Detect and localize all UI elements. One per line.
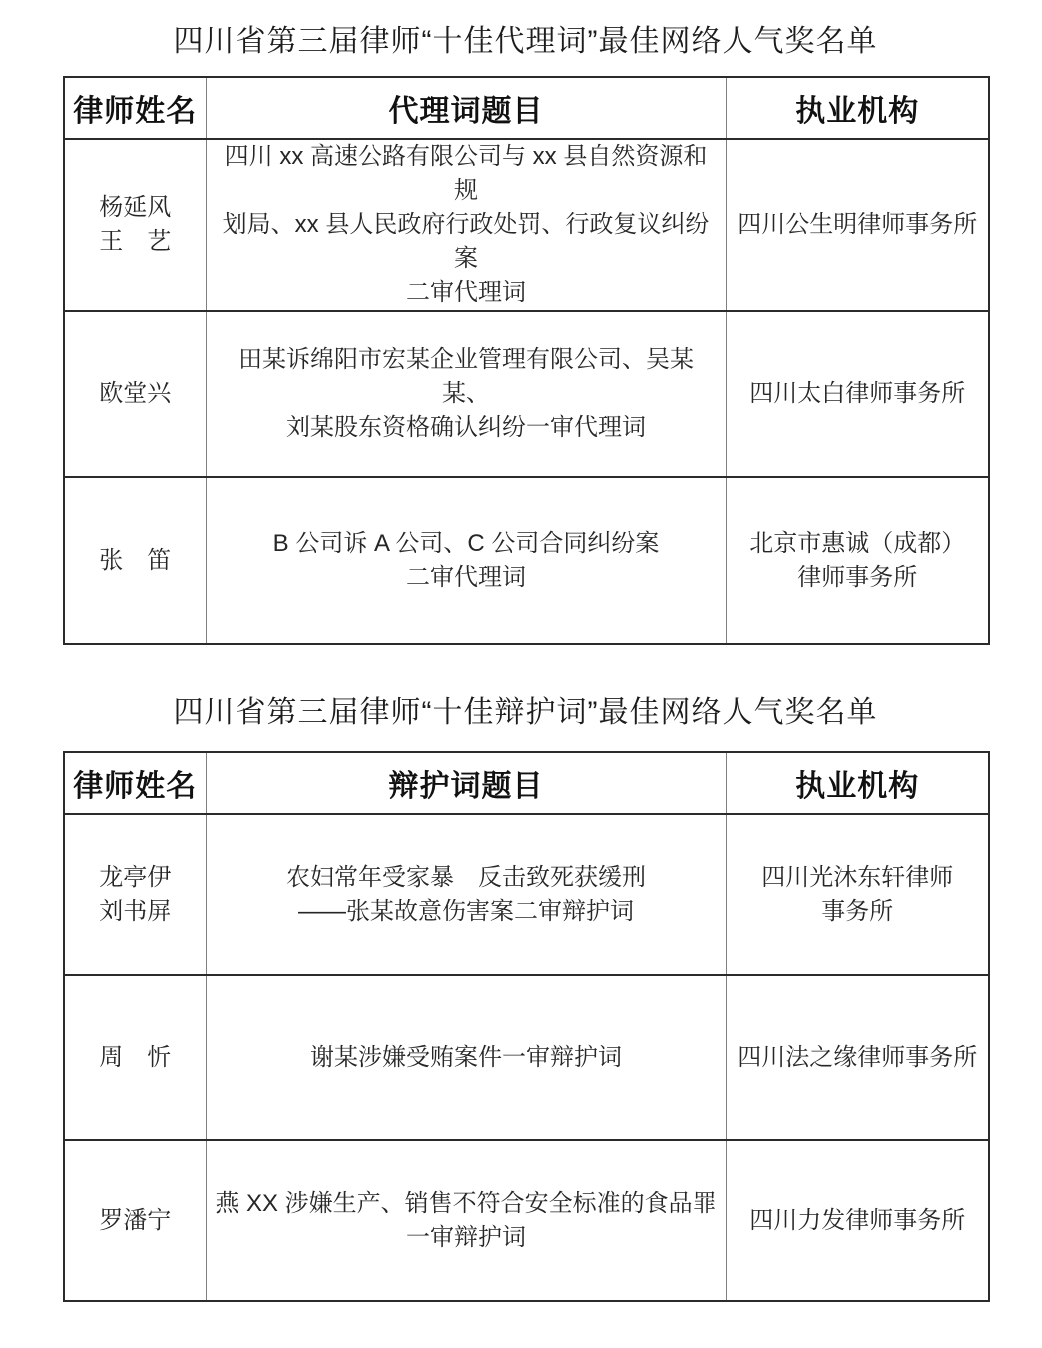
case-title-cell: 四川 xx 高速公路有限公司与 xx 县自然资源和规 划局、xx 县人民政府行政…	[206, 139, 726, 311]
case-title-cell: 田某诉绵阳市宏某企业管理有限公司、吴某某、 刘某股东资格确认纠纷一审代理词	[206, 311, 726, 477]
lawyer-name-cell: 欧堂兴	[64, 311, 206, 477]
case-title-cell: 农妇常年受家暴 反击致死获缓刑 ——张某故意伤害案二审辩护词	[206, 814, 726, 975]
table-row: 张 笛 B 公司诉 A 公司、C 公司合同纠纷案 二审代理词 北京市惠诚（成都）…	[64, 477, 989, 644]
case-title-cell: B 公司诉 A 公司、C 公司合同纠纷案 二审代理词	[206, 477, 726, 644]
table-header-row: 律师姓名 代理词题目 执业机构	[64, 77, 989, 139]
firm-cell: 北京市惠诚（成都） 律师事务所	[726, 477, 989, 644]
document-page: 四川省第三届律师“十佳代理词”最佳网络人气奖名单 律师姓名 代理词题目 执业机构…	[0, 0, 1042, 1302]
table-row: 周 忻 谢某涉嫌受贿案件一审辩护词 四川法之缘律师事务所	[64, 975, 989, 1140]
header-cell-firm: 执业机构	[726, 77, 989, 139]
table-row: 龙亭伊 刘书屏 农妇常年受家暴 反击致死获缓刑 ——张某故意伤害案二审辩护词 四…	[64, 814, 989, 975]
defense-award-title: 四川省第三届律师“十佳辩护词”最佳网络人气奖名单	[63, 695, 988, 731]
lawyer-name-cell: 龙亭伊 刘书屏	[64, 814, 206, 975]
firm-cell: 四川法之缘律师事务所	[726, 975, 989, 1140]
lawyer-name-cell: 罗潘宁	[64, 1140, 206, 1301]
header-cell-lawyer-name: 律师姓名	[64, 752, 206, 814]
case-title-cell: 燕 XX 涉嫌生产、销售不符合安全标准的食品罪 一审辩护词	[206, 1140, 726, 1301]
firm-cell: 四川太白律师事务所	[726, 311, 989, 477]
header-cell-case-title: 代理词题目	[206, 77, 726, 139]
lawyer-name-cell: 张 笛	[64, 477, 206, 644]
table-header-row: 律师姓名 辩护词题目 执业机构	[64, 752, 989, 814]
defense-award-table: 律师姓名 辩护词题目 执业机构 龙亭伊 刘书屏 农妇常年受家暴 反击致死获缓刑 …	[63, 751, 990, 1302]
header-cell-lawyer-name: 律师姓名	[64, 77, 206, 139]
proxy-award-table: 律师姓名 代理词题目 执业机构 杨延风 王 艺 四川 xx 高速公路有限公司与 …	[63, 76, 990, 645]
table-row: 杨延风 王 艺 四川 xx 高速公路有限公司与 xx 县自然资源和规 划局、xx…	[64, 139, 989, 311]
lawyer-name-cell: 杨延风 王 艺	[64, 139, 206, 311]
proxy-award-title: 四川省第三届律师“十佳代理词”最佳网络人气奖名单	[63, 24, 988, 60]
case-title-cell: 谢某涉嫌受贿案件一审辩护词	[206, 975, 726, 1140]
firm-cell: 四川力发律师事务所	[726, 1140, 989, 1301]
lawyer-name-cell: 周 忻	[64, 975, 206, 1140]
firm-cell: 四川公生明律师事务所	[726, 139, 989, 311]
firm-cell: 四川光沐东轩律师 事务所	[726, 814, 989, 975]
header-cell-firm: 执业机构	[726, 752, 989, 814]
table-row: 欧堂兴 田某诉绵阳市宏某企业管理有限公司、吴某某、 刘某股东资格确认纠纷一审代理…	[64, 311, 989, 477]
header-cell-case-title: 辩护词题目	[206, 752, 726, 814]
table-row: 罗潘宁 燕 XX 涉嫌生产、销售不符合安全标准的食品罪 一审辩护词 四川力发律师…	[64, 1140, 989, 1301]
